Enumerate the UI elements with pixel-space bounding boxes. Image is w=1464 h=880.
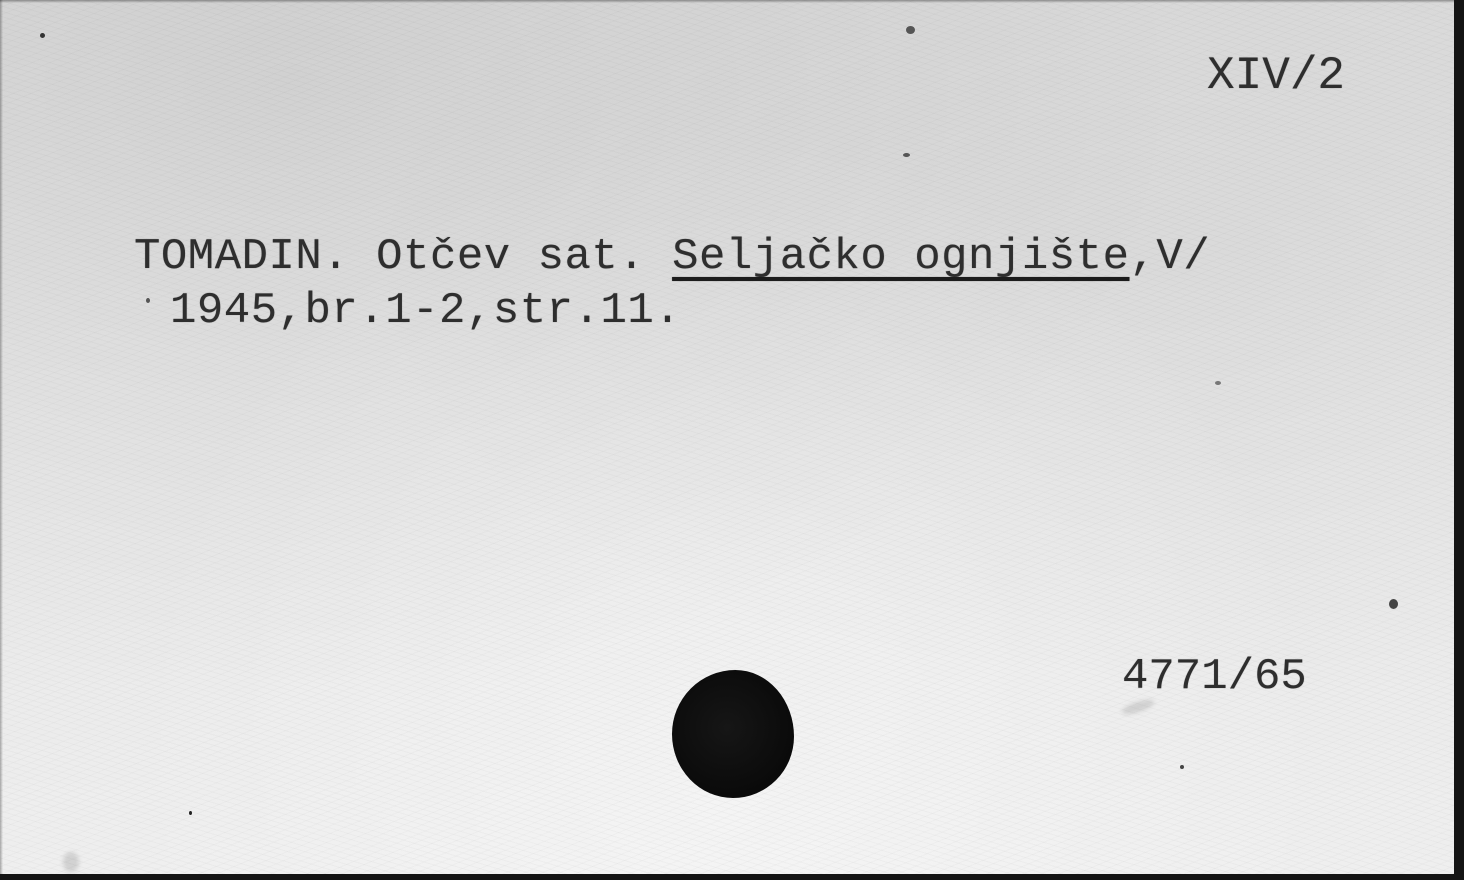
speck xyxy=(40,33,45,38)
source-volume: ,V/ xyxy=(1129,232,1210,282)
scan-border-right xyxy=(1454,0,1464,880)
scan-border-bottom xyxy=(0,874,1464,880)
card-left-edge-shadow xyxy=(0,0,3,874)
author-name: TOMADIN. xyxy=(134,232,349,282)
smudge xyxy=(63,852,79,872)
call-number: XIV/2 xyxy=(1207,50,1345,102)
speck xyxy=(1215,381,1221,385)
entry-line-2: 1945,br.1-2,str.11. xyxy=(170,286,681,336)
speck xyxy=(189,811,192,815)
speck xyxy=(1180,765,1184,769)
speck xyxy=(906,26,915,34)
accession-number: 4771/65 xyxy=(1122,652,1307,702)
speck xyxy=(146,298,150,303)
card-top-edge-shadow xyxy=(0,0,1454,3)
speck xyxy=(1389,599,1398,609)
punch-hole xyxy=(672,670,794,798)
catalog-card: XIV/2 TOMADIN. Otčev sat. Seljačko ognji… xyxy=(0,0,1454,874)
source-title: Seljačko ognjište xyxy=(672,232,1129,282)
entry-line-1: TOMADIN. Otčev sat. Seljačko ognjište,V/ xyxy=(134,232,1210,282)
work-title: Otčev sat. xyxy=(376,232,645,282)
speck xyxy=(903,153,910,157)
